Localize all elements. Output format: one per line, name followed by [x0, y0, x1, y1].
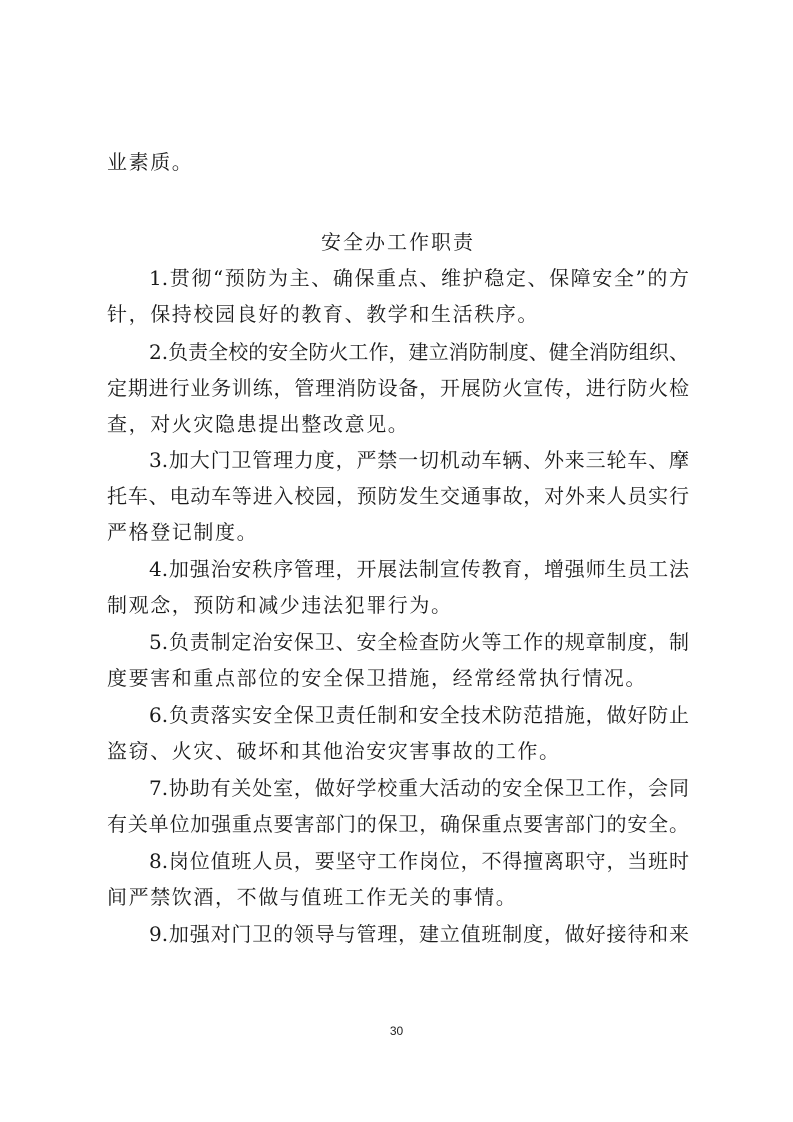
paragraph-line: 8.岗位值班人员，要坚守工作岗位，不得擅离职守，当班时 [107, 849, 689, 873]
paragraph-line: 定期进行业务训练，管理消防设备，开展防火宣传，进行防火检 [107, 376, 689, 400]
paragraph-line: 4.加强治安秩序管理，开展法制宣传教育，增强师生员工法 [107, 557, 689, 581]
paragraph-line: 间严禁饮酒，不做与值班工作无关的事情。 [107, 885, 689, 909]
paragraph-line: 7.协助有关处室，做好学校重大活动的安全保卫工作，会同 [107, 776, 689, 800]
paragraph-line: 托车、电动车等进入校园，预防发生交通事故，对外来人员实行 [107, 484, 689, 508]
paragraph-line: 2.负责全校的安全防火工作，建立消防制度、健全消防组织、 [107, 340, 689, 364]
paragraph-line: 有关单位加强重点要害部门的保卫，确保重点要害部门的安全。 [107, 812, 689, 836]
paragraph-line: 1.贯彻“预防为主、确保重点、维护稳定、保障安全”的方 [107, 266, 689, 290]
paragraph-line: 5.负责制定治安保卫、安全检查防火等工作的规章制度，制 [107, 630, 689, 654]
paragraph-line: 针，保持校园良好的教育、教学和生活秩序。 [107, 302, 689, 326]
paragraph-line: 6.负责落实安全保卫责任制和安全技术防范措施，做好防止 [107, 703, 689, 727]
paragraph-line: 查，对火灾隐患提出整改意见。 [107, 412, 689, 436]
paragraph-line: 9.加强对门卫的领导与管理，建立值班制度，做好接待和来 [107, 922, 689, 946]
section-title: 安全办工作职责 [107, 230, 689, 254]
paragraph-line: 制观念，预防和减少违法犯罪行为。 [107, 593, 689, 617]
paragraph-line: 严格登记制度。 [107, 520, 689, 544]
paragraph-line: 盗窃、火灾、破坏和其他治安灾害事故的工作。 [107, 739, 689, 763]
page-number: 30 [0, 1024, 793, 1038]
paragraph-line: 3.加大门卫管理力度，严禁一切机动车辆、外来三轮车、摩 [107, 448, 689, 472]
paragraph-line: 度要害和重点部位的安全保卫措施，经常经常执行情况。 [107, 666, 689, 690]
carryover-text: 业素质。 [107, 150, 689, 174]
